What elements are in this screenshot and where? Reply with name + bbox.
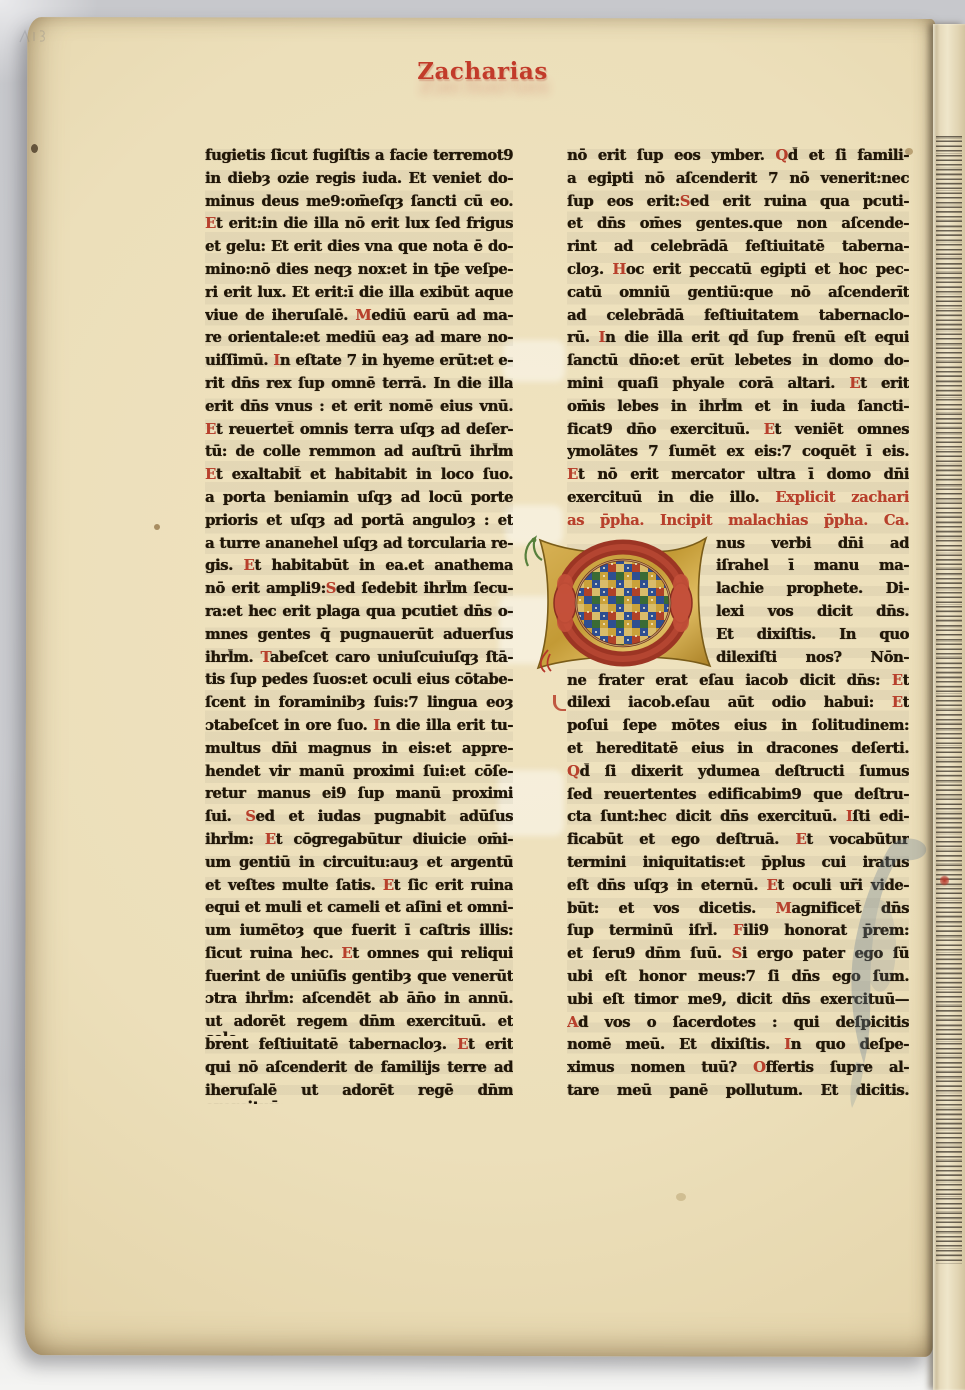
rubricated-text: S: [245, 808, 255, 825]
text-line: rū. In die illa erit qd̄ ſup frenū eſt e…: [567, 329, 909, 352]
text-line: iheruſalē ut adorēt regē dn̄m exercituū:: [205, 1082, 513, 1105]
text-line: ubi eſt honor meus:7 ſi dn̄s ego ſum.: [567, 968, 909, 991]
text-line: ne frater erat eſau iacob dicit dn̄s: Et: [567, 672, 909, 695]
text-line: in diebȝ ozie regis iuda. Et veniet do-: [205, 170, 513, 193]
text-line: ſui. Sed et iudas pugnabit adūſus: [205, 808, 513, 831]
text-line: ſed reuertentes edificabim9 que deſtru-: [567, 786, 909, 809]
adjacent-page-red-mark: [940, 875, 949, 886]
text-line: et hereditatē eius in dracones deſerti.: [567, 740, 909, 763]
text-line: a porta beniamin uſqȝ ad locū porte: [205, 489, 513, 512]
text-line: mnes gentes q̄ pugnauerūt aduerſus: [205, 626, 513, 649]
rubricated-text: E: [795, 831, 806, 848]
rubricated-text: E: [205, 421, 216, 438]
stain-speck: [154, 524, 160, 530]
text-line: ra:et hec erit plaga qua pcutiet dn̄s o-: [205, 603, 513, 626]
text-line: mini quaſi phyale corā altari. Et erit: [567, 375, 909, 398]
rubricated-text: E: [457, 1036, 468, 1053]
rubricated-text: F: [733, 922, 743, 939]
text-line: minus deus me9:om̄eſqȝ ſancti cū eo.: [205, 193, 513, 216]
text-line: erit dn̄s vnus : et erit nomē eius vnū.: [205, 398, 513, 421]
text-line: cta ſunt:hec dicit dn̄s exercituū. Iſti …: [567, 808, 909, 831]
text-line: Et exaltabit̄ et habitabit in loco ſuo.: [205, 466, 513, 489]
text-line: Et dixiſtis. In quo: [716, 626, 909, 649]
text-line: et ſeru9 dn̄m ſuū. Si ergo pater ego ſū: [567, 945, 909, 968]
rubricated-text: A: [567, 1014, 578, 1031]
text-line: cloȝ. Hoc erit peccatū egipti et hoc pec…: [567, 261, 909, 284]
rubricated-text: E: [764, 421, 775, 438]
text-line: dilexi iacob.eſau aūt odio habui: Et: [567, 694, 909, 717]
stain-speck: [31, 144, 38, 153]
rubricated-text: E: [205, 466, 216, 483]
text-line: ɔtra ihrl̄m: aſcendēt ab ān̄o in annū.: [205, 990, 513, 1013]
rubricated-text: S: [680, 193, 690, 210]
adjacent-page-text-texture: [936, 136, 962, 1264]
rubricated-text: as p̄pha. Incipit malachias p̄pha. Ca.: [567, 512, 909, 529]
stain-speck: [676, 1193, 686, 1201]
text-line: ihrl̄m: Et cōgregabūtur diuicie om̄i-: [205, 831, 513, 854]
rubricated-text: E: [892, 672, 903, 689]
text-line: tare meū panē pollutum. Et dicitis.: [567, 1082, 909, 1105]
text-line: ximus nomen tuū? Offertis ſupre al-: [567, 1059, 909, 1082]
rubricated-text: O: [753, 1059, 765, 1076]
text-line: nō erit ſup eos ymber. Qd̄ et ſi famili-: [567, 147, 909, 170]
text-line: qui nō aſcenderit de familijs terre ad: [205, 1059, 513, 1082]
running-header: Zacharias: [0, 58, 965, 85]
rubricated-text: M: [775, 900, 791, 917]
text-line: ſup eos erit:Sed erit ruina qua pcuti-: [567, 193, 909, 216]
rubricated-text: M: [355, 307, 371, 324]
rubricated-text: S: [326, 580, 336, 597]
rubricated-text: S: [732, 945, 742, 962]
text-line: ficabūt et ego deſtruā. Et vocabūtur: [567, 831, 909, 854]
text-line: retur manus ei9 ſup manū proximi: [205, 785, 513, 808]
text-line: mino:nō dies neqȝ nox:et in tp̄e veſpe-: [205, 261, 513, 284]
lines-beside-initial: nus verbi dn̄i adiſrahel ī manu ma-lachi…: [716, 535, 909, 672]
text-line: ad celebrādā feſtiuitatem tabernaclo-: [567, 307, 909, 330]
text-line: et dn̄s om̄es gentes.que non aſcende-: [567, 215, 909, 238]
text-line: lachie prophete. Di-: [716, 580, 909, 603]
rubricated-text: E: [265, 831, 276, 848]
text-line: ubi eſt timor me9, dicit dn̄s exercituū—: [567, 991, 909, 1014]
text-line: exercituū in die illo. Explicit zachari: [567, 489, 909, 512]
right-column-bottom-lines: ne frater erat eſau iacob dicit dn̄s: Et…: [567, 672, 909, 1105]
text-line: a turre ananehel uſqȝ ad torcularia re-: [205, 535, 513, 558]
margin-paraph-red: [553, 695, 566, 711]
text-line: fuerint de uniūſis gentibȝ que venerūt: [205, 968, 513, 991]
text-line: ſup terminū iſrl̄. Fili9 honorat p̄rem:: [567, 922, 909, 945]
text-line: termini iniquitatis:et p̄plus cui iratus: [567, 854, 909, 877]
text-line: Et reuertet̄ omnis terra uſqȝ ad deſer-: [205, 421, 513, 444]
text-line: a egipti nō aſcenderit 7 nō venerit:nec: [567, 170, 909, 193]
text-line: ſanctū dn̄o:et erūt lebetes in domo do-: [567, 352, 909, 375]
text-line: rint ad celebrādā feſtiuitatē taberna-: [567, 238, 909, 261]
rubricated-text: E: [892, 694, 903, 711]
text-line: ficat9 dn̄o exercituū. Et veniēt omnes: [567, 421, 909, 444]
text-line: nomē meū. Et dixiſtis. In quo deſpe-: [567, 1036, 909, 1059]
text-line: catū omniū gentiū:que nō aſcenderīt: [567, 284, 909, 307]
text-line: būt: et vos dicetis. Magnificet̄ dn̄s: [567, 900, 909, 923]
text-column-right: nō erit ſup eos ymber. Qd̄ et ſi famili-…: [567, 147, 909, 1105]
rubricated-text: Q: [775, 147, 787, 164]
text-line: poſui ſepe mōtes eius in ſolitudinem:: [567, 717, 909, 740]
text-line: hendet vir manū proximi ſui:et cōſe-: [205, 763, 513, 786]
adjacent-page-edge: [933, 24, 965, 1390]
rubricated-text: E: [341, 945, 352, 962]
text-line: ymolātes 7 ſumēt ex eis:7 coquēt ī eis.: [567, 443, 909, 466]
illuminated-initial-row: nus verbi dn̄i adiſrahel ī manu ma-lachi…: [567, 535, 909, 672]
text-line: gis. Et habitabūt in ea.et anathema: [205, 557, 513, 580]
rubricated-text: Q: [567, 763, 579, 780]
text-line: tū: de colle remmon ad auſtrū ihrl̄m: [205, 443, 513, 466]
text-line: Qd̄ ſi dixerit ydumea deſtructi ſumus: [567, 763, 909, 786]
rubricated-text: E: [849, 375, 860, 392]
right-column-top-lines: nō erit ſup eos ymber. Qd̄ et ſi famili-…: [567, 147, 909, 535]
text-line: ſicut ruina hec. Et omnes qui reliqui: [205, 945, 513, 968]
rubricated-text: E: [205, 215, 216, 232]
rubricated-text: E: [243, 557, 254, 574]
text-line: nō erit ampli9:Sed ſedebit ihrl̄m ſecu-: [205, 580, 513, 603]
text-line: multus dn̄i magnus in eis:et appre-: [205, 740, 513, 763]
rubricated-text: Explicit zachari: [775, 489, 909, 506]
text-line: nus verbi dn̄i ad: [716, 535, 909, 558]
text-line: et gelu: Et erit dies vna que nota ē do-: [205, 238, 513, 261]
pencil-folio-mark: [16, 26, 56, 48]
text-line: eſt dn̄s uſqȝ in eternū. Et oculi ur̄i v…: [567, 877, 909, 900]
text-column-left: fugietis ſicut fugiſtis a facie terremot…: [205, 147, 513, 1104]
text-line: om̄is lebes in ihrl̄m et in iuda ſancti-: [567, 398, 909, 421]
text-line: lexi vos dicit dn̄s.: [716, 603, 909, 626]
text-line: uiſſimū. In eſtate 7 in hyeme erūt:et e-: [205, 352, 513, 375]
photo-of-manuscript: { "header": { "title": "Zacharias" }, "c…: [0, 0, 965, 1390]
text-line: brent feſtiuitatē tabernacloȝ. Et erit: [205, 1036, 513, 1059]
text-line: um gentiū in circuitu:auȝ et argentū: [205, 854, 513, 877]
text-line: dilexiſti nos? Nōn-: [716, 649, 909, 672]
rubricated-text: E: [766, 877, 777, 894]
text-line: ri erit lux. Et erit:ī die illa exibūt a…: [205, 284, 513, 307]
illuminated-initial-O: [520, 532, 716, 673]
text-line: ihrl̄m. Tabeſcet caro uniuſcuiuſqȝ ſtā-: [205, 649, 513, 672]
text-line: equi et muli et cameli et aſini et omni-: [205, 899, 513, 922]
rubricated-text: H: [612, 261, 626, 278]
text-line: prioris et uſqȝ ad portā anguloȝ : et: [205, 512, 513, 535]
text-line: um iumētoȝ que fuerit ī caſtris illis:: [205, 922, 513, 945]
text-line: viue de iheruſalē. Mediū earū ad ma-: [205, 307, 513, 330]
text-line: Et erit:in die illa nō erit lux ſed frig…: [205, 215, 513, 238]
text-line: tis ſup pedes ſuos:et oculi eius cōtabe-: [205, 671, 513, 694]
text-line: et veſtes multe ſatis. Et ſic erit ruina: [205, 877, 513, 900]
text-line: ɔtabeſcet in ore ſuo. In die illa erit t…: [205, 717, 513, 740]
text-line: rit dn̄s rex ſup omnē terrā. In die illa: [205, 375, 513, 398]
text-line: ut adorēt regem dn̄m exercituū. et cele-: [205, 1013, 513, 1036]
rubricated-text: E: [383, 877, 394, 894]
rubricated-text: E: [567, 466, 578, 483]
text-line: Ad vos o ſacerdotes : qui deſpicitis: [567, 1014, 909, 1037]
text-line: iſrahel ī manu ma-: [716, 557, 909, 580]
text-line: fugietis ſicut fugiſtis a facie terremot…: [205, 147, 513, 170]
text-line: ſcent in foraminibȝ ſuis:7 lingua eoȝ: [205, 694, 513, 717]
text-line: re orientale:et mediū eaȝ ad mare no-: [205, 329, 513, 352]
rubricated-text: T: [261, 649, 270, 666]
text-line: Et nō erit mercator ultra ī domo dn̄i: [567, 466, 909, 489]
